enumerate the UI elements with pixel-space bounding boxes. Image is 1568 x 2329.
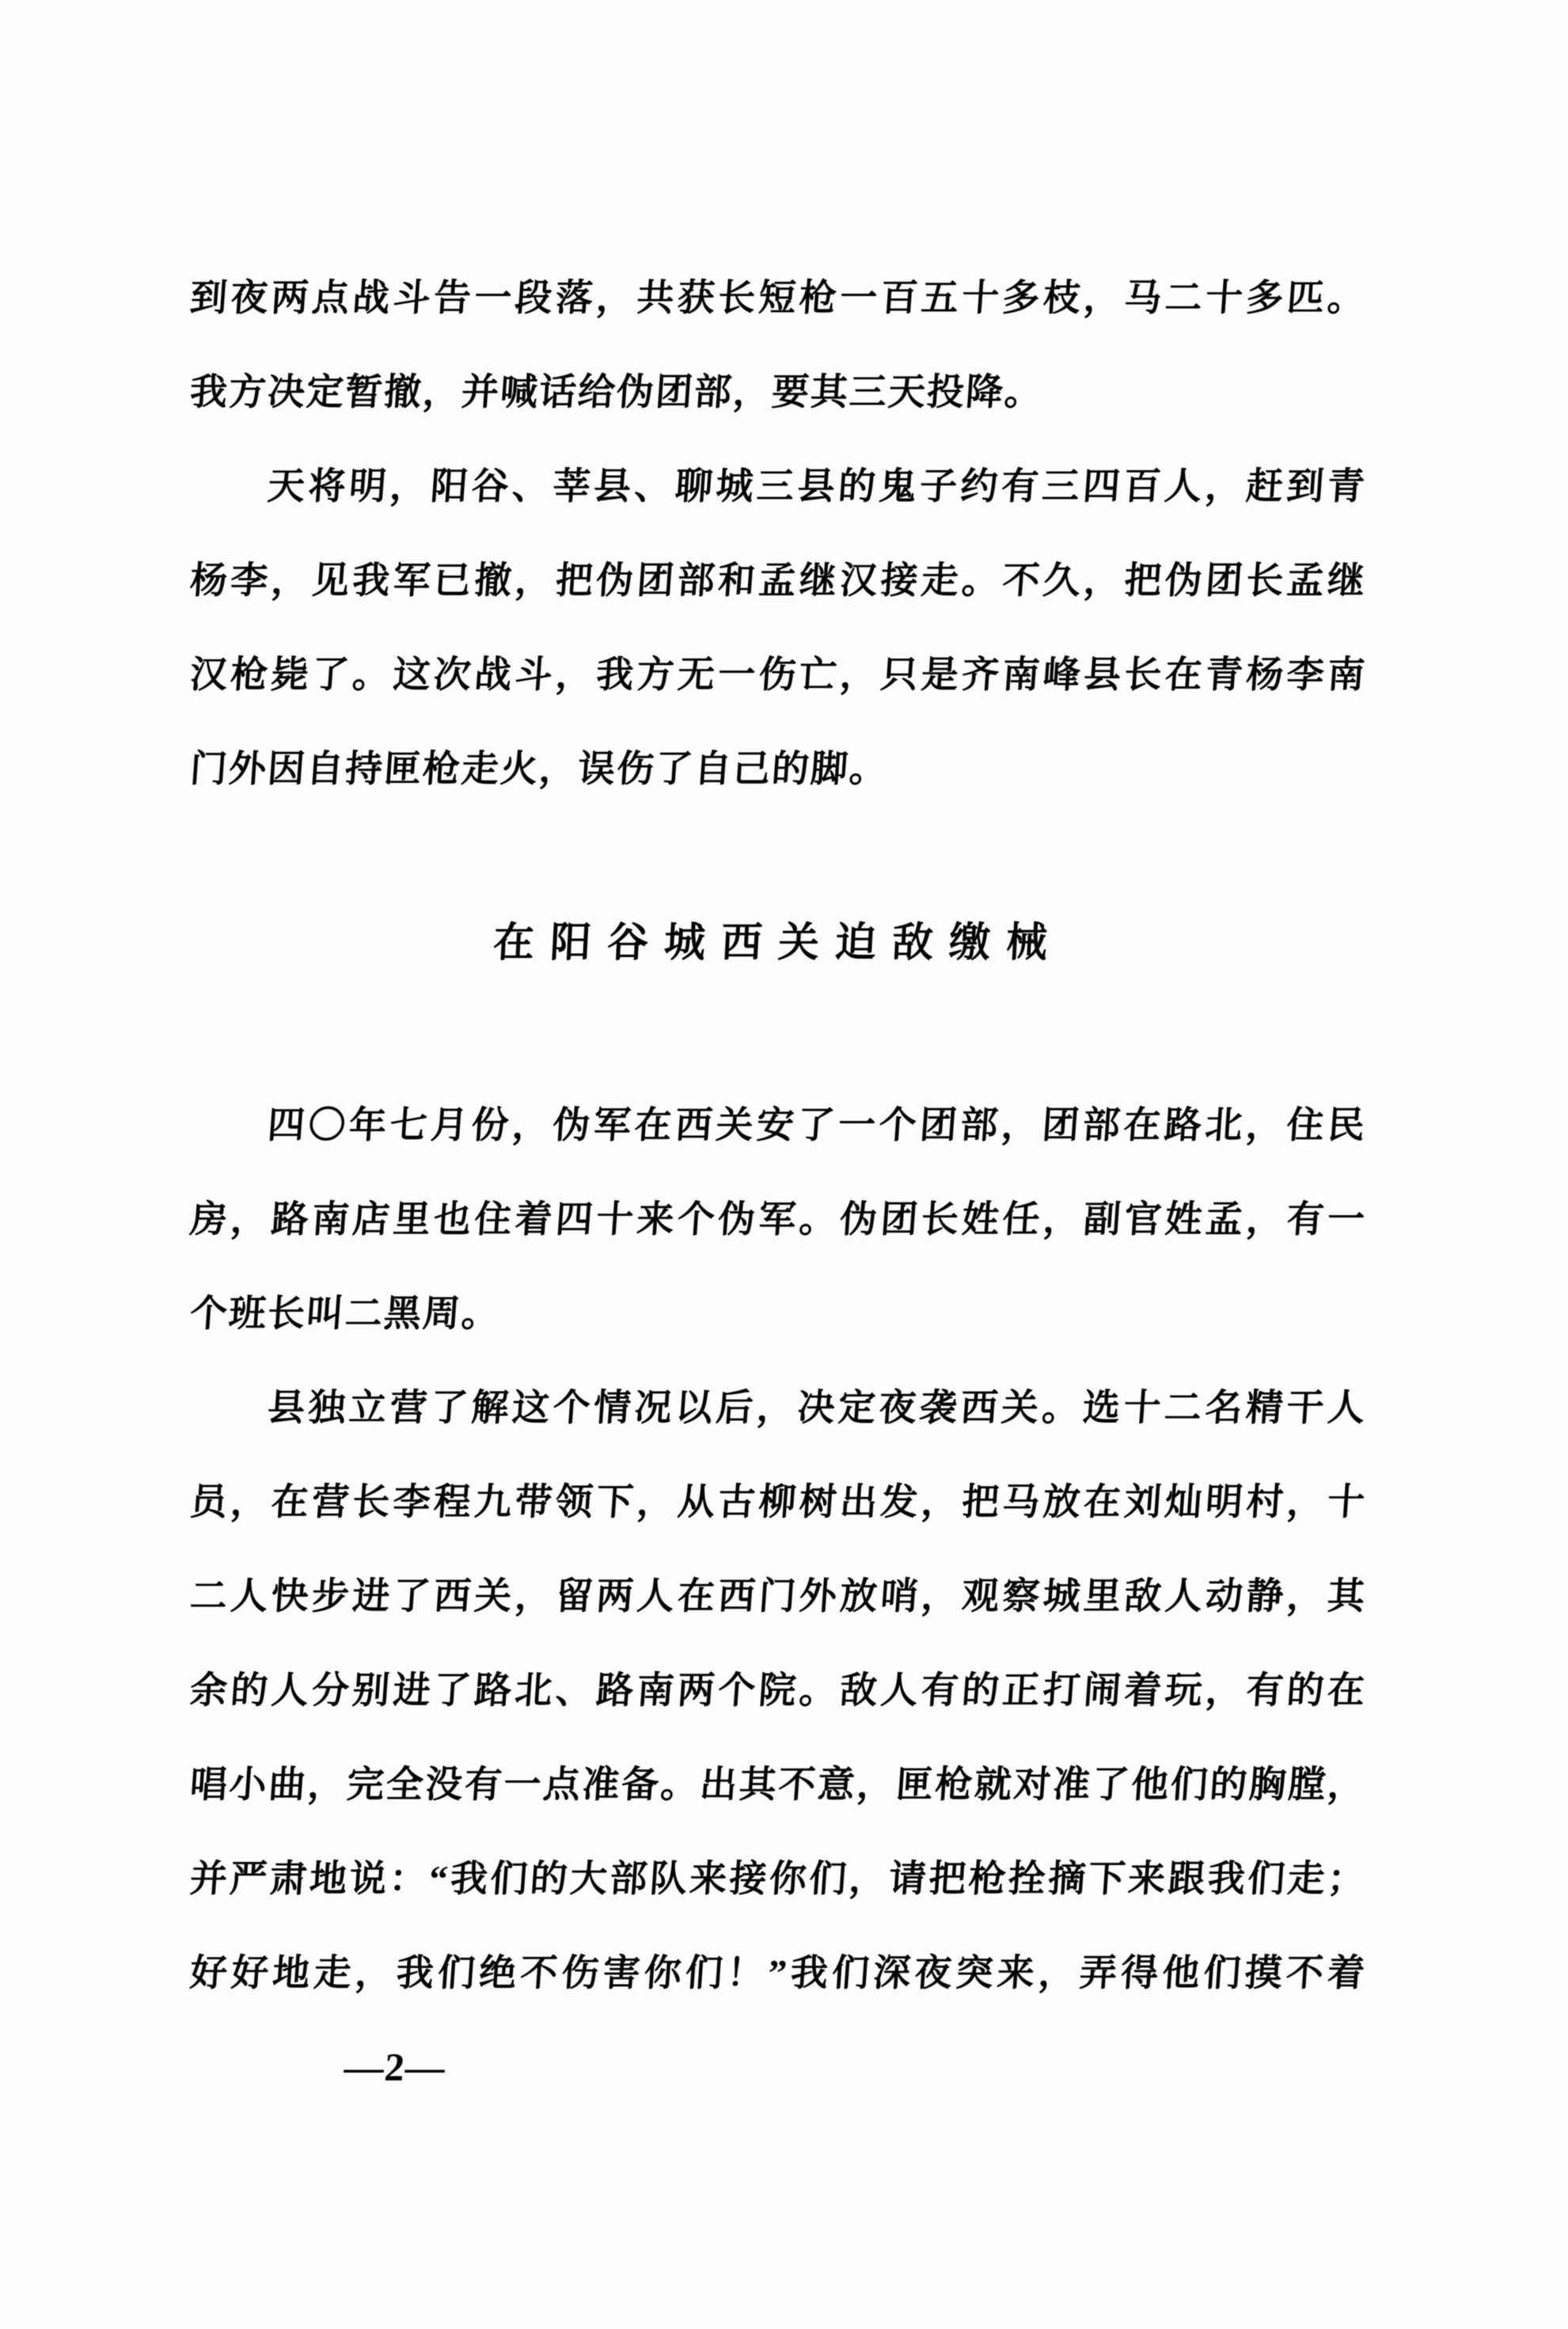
text-line: 汉枪毙了。这次战斗，我方无一伤亡，只是齐南峰县长在青杨李南 [187,629,1369,723]
text-line: 我方决定暂撤，并喊话给伪团部，要其三天投降。 [187,346,1369,440]
text-line: 二人快步进了西关，留两人在西门外放哨，观察城里敌人动静，其 [187,1550,1369,1644]
text-line: 门外因自持匣枪走火，误伤了自己的脚。 [187,723,1369,817]
text-line: 唱小曲，完全没有一点准备。出其不意，匣枪就对准了他们的胸膛， [187,1738,1369,1833]
text-line: 天将明，阳谷、莘县、聊城三县的鬼子约有三四百人，赶到青 [187,440,1369,534]
text-line: 四〇年七月份，伪军在西关安了一个团部，团部在路北，住民 [187,1079,1369,1173]
text-line: 县独立营了解这个情况以后，决定夜袭西关。选十二名精干人 [187,1362,1369,1456]
text-line: 并严肃地说：“我们的大部队来接你们，请把枪拴摘下来跟我们走； [187,1833,1369,1927]
scanned-document-page: 到夜两点战斗告一段落，共获长短枪一百五十多枝，马二十多匹。 我方决定暂撤，并喊话… [0,0,1568,2329]
page-number: —2— [342,2027,1369,2107]
text-line: 员，在营长李程九带领下，从古柳树出发，把马放在刘灿明村，十 [187,1456,1369,1550]
text-line: 杨李，见我军已撤，把伪团部和孟继汉接走。不久，把伪团长孟继 [187,534,1369,629]
text-line: 个班长叫二黑周。 [187,1267,1369,1362]
text-block: 到夜两点战斗告一段落，共获长短枪一百五十多枝，马二十多匹。 我方决定暂撤，并喊话… [190,252,1366,2107]
text-line: 好好地走，我们绝不伤害你们！”我们深夜突来，弄得他们摸不着 [187,1927,1369,2021]
text-line: 房，路南店里也住着四十来个伪军。伪团长姓任，副官姓孟，有一 [187,1173,1369,1267]
text-line: 余的人分别进了路北、路南两个院。敌人有的正打闹着玩，有的在 [187,1644,1369,1738]
section-heading: 在阳谷城西关迫敌缴械 [188,896,1369,990]
text-line: 到夜两点战斗告一段落，共获长短枪一百五十多枝，马二十多匹。 [187,252,1369,346]
